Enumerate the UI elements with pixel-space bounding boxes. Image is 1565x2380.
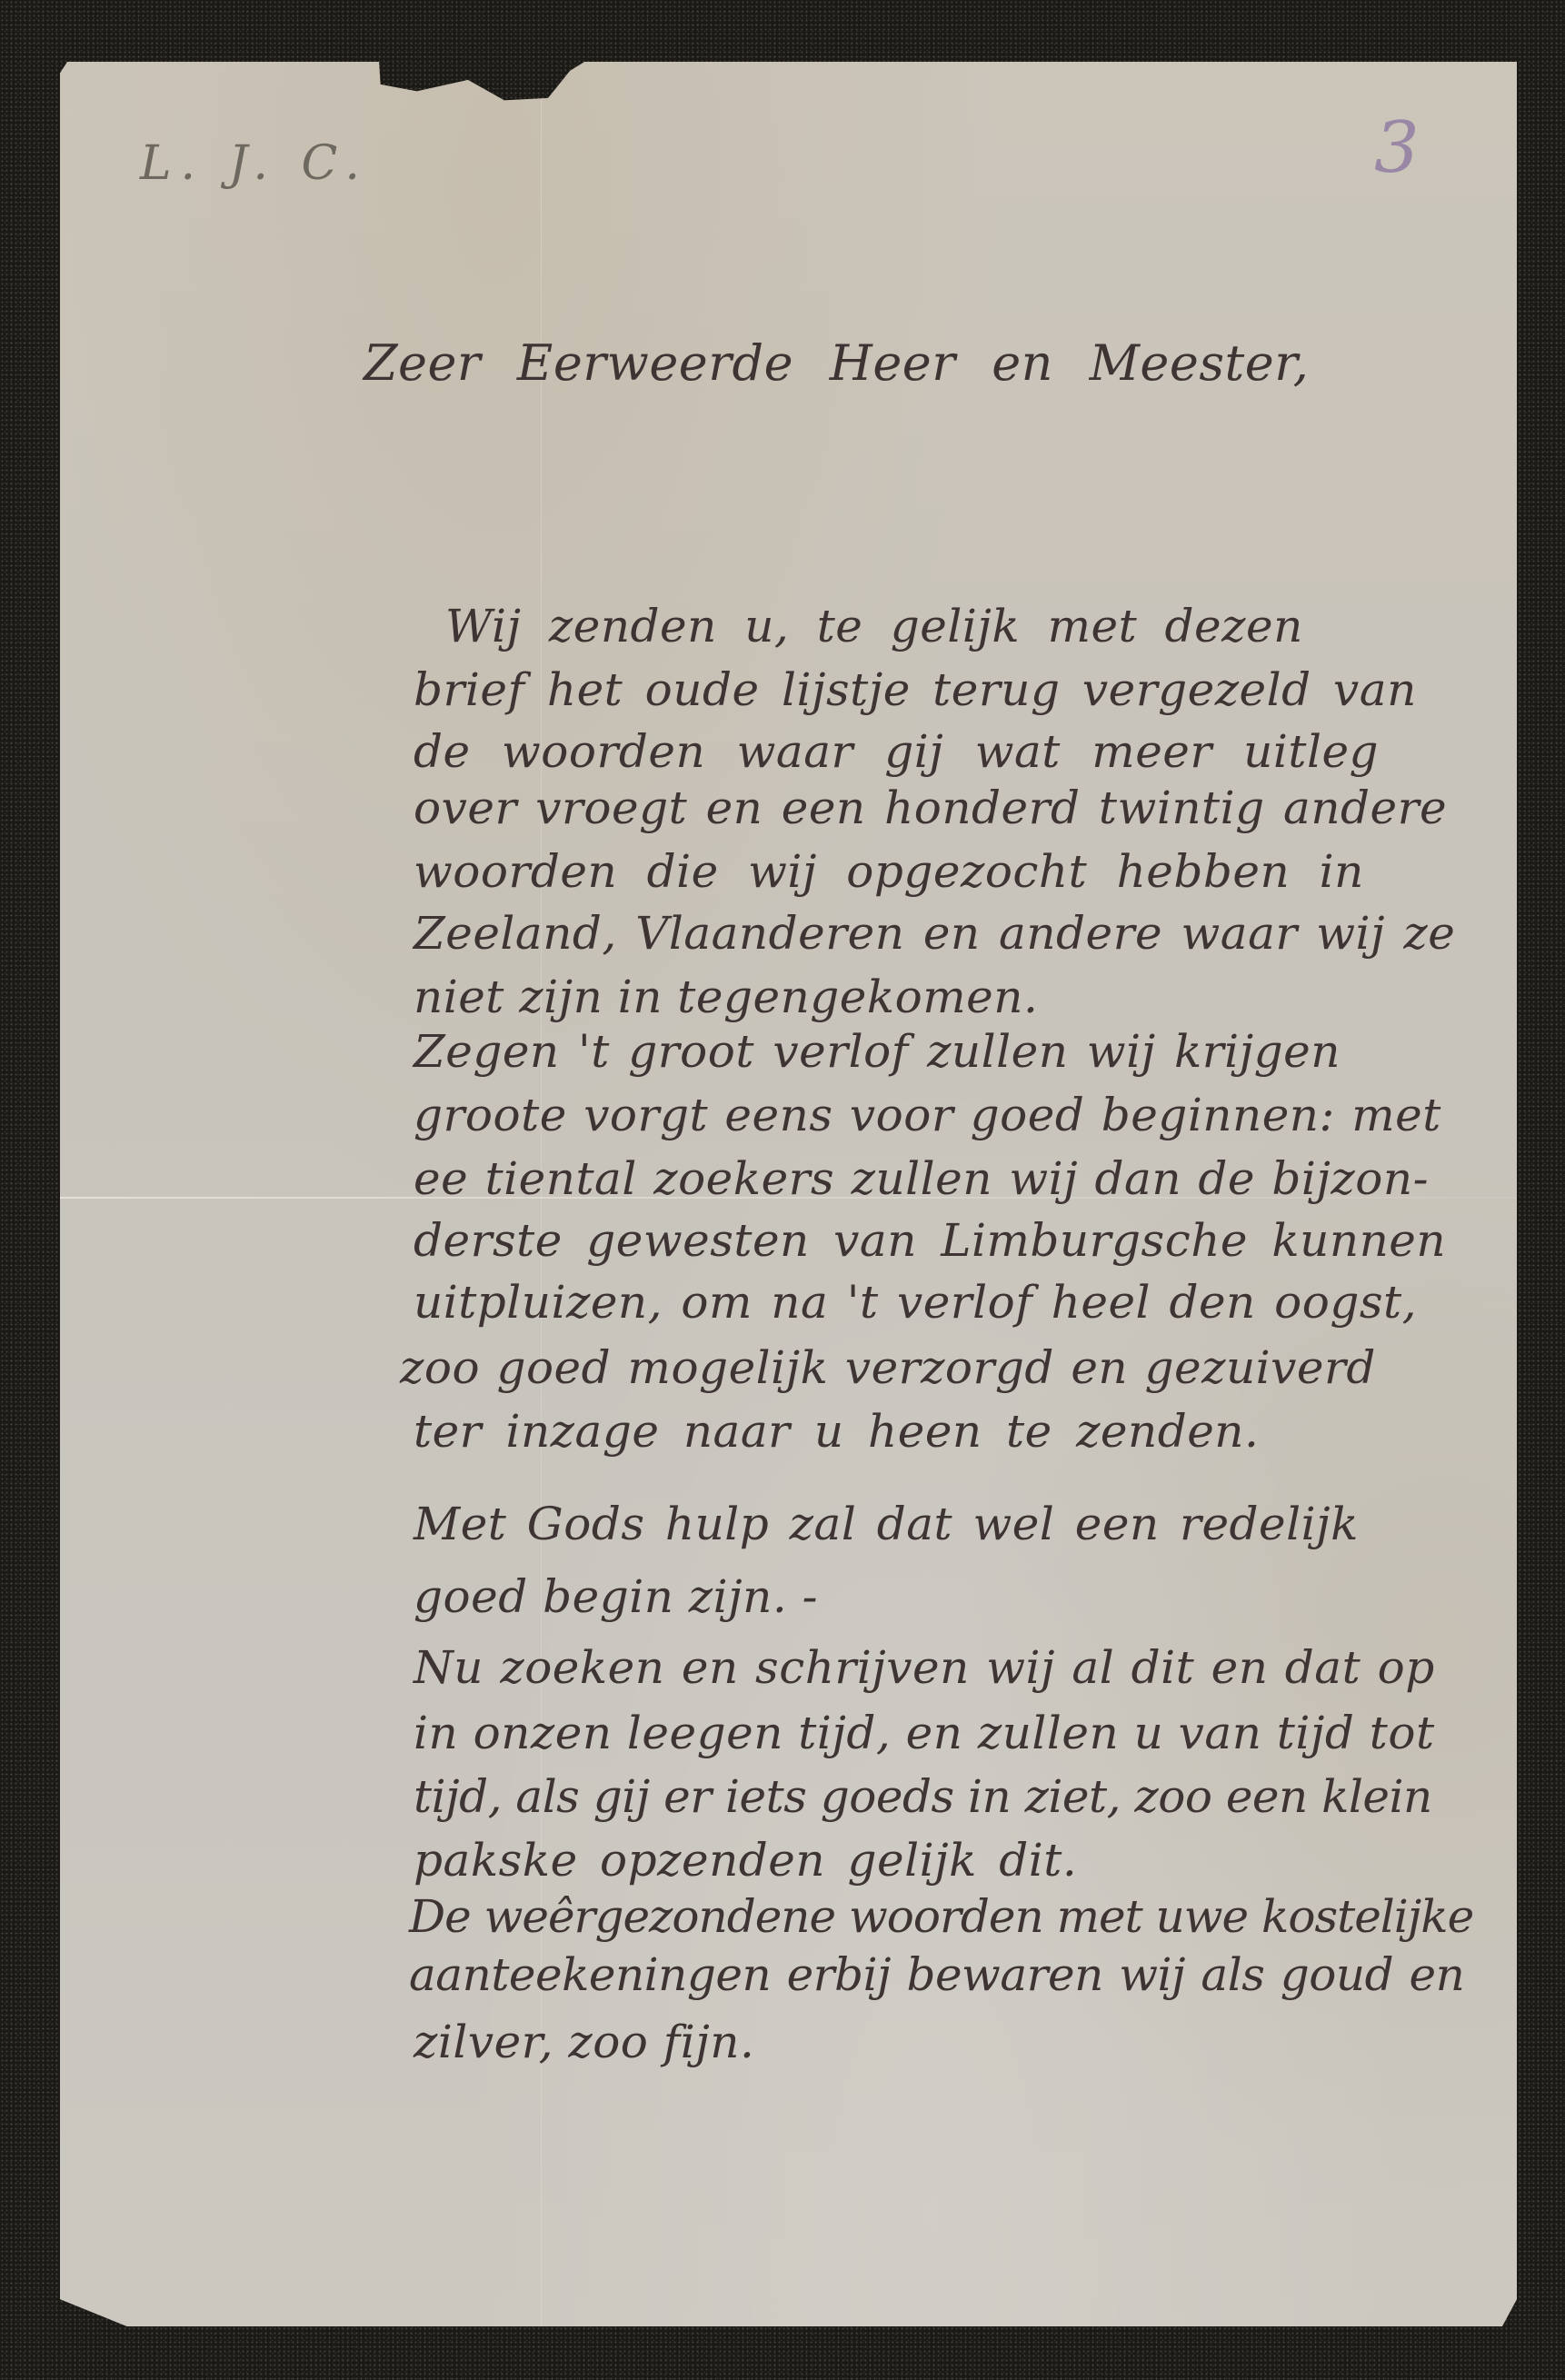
letter-line: niet zijn in tegengekomen. — [414, 971, 1038, 1023]
letter-line: aanteekeningen erbij bewaren wij als gou… — [409, 1948, 1464, 2001]
letter-line: over vroegt en een honderd twintig ander… — [414, 782, 1447, 834]
archive-pencil-annotation: L. J. C. — [140, 136, 369, 191]
folio-number: 3 — [1374, 107, 1420, 189]
letter-line: Zeeland, Vlaanderen en andere waar wij z… — [414, 907, 1455, 960]
letter-line: groote vorgt eens voor goed beginnen: me… — [414, 1089, 1441, 1141]
letter-line: goed begin zijn. - — [414, 1570, 818, 1623]
letter-line: uitpluizen, om na 't verlof heel den oog… — [414, 1276, 1417, 1329]
letter-line: Nu zoeken en schrijven wij al dit en dat… — [414, 1641, 1435, 1694]
letter-line: in onzen leegen tijd, en zullen u van ti… — [414, 1707, 1435, 1759]
letter-line: De weêrgezondene woorden met uwe kosteli… — [409, 1890, 1473, 1943]
letter-line: woorden die wij opgezocht hebben in — [414, 845, 1364, 898]
letter-line: Wij zenden u, te gelijk met dezen — [445, 600, 1303, 652]
letter-line: de woorden waar gij wat meer uitleg — [414, 725, 1379, 778]
letter-salutation: Zeer Eerweerde Heer en Meester, — [364, 334, 1309, 392]
letter-line: zilver, zoo fijn. — [414, 2016, 754, 2068]
letter-page: L. J. C. 3 Zeer Eerweerde Heer en Meeste… — [60, 62, 1517, 2326]
letter-line: ter inzage naar u heen te zenden. — [414, 1405, 1259, 1458]
letter-line: ee tiental zoekers zullen wij dan de bij… — [414, 1152, 1429, 1205]
letter-line: derste gewesten van Limburgsche kunnen — [414, 1214, 1446, 1267]
letter-line: pakske opzenden gelijk dit. — [414, 1834, 1077, 1887]
letter-line: zoo goed mogelijk verzorgd en gezuiverd — [400, 1341, 1376, 1394]
letter-line: Met Gods hulp zal dat wel een redelijk — [414, 1498, 1359, 1550]
letter-line: tijd, als gij er iets goeds in ziet, zoo… — [414, 1770, 1432, 1823]
letter-line: Zegen 't groot verlof zullen wij krijgen — [414, 1025, 1341, 1078]
letter-line: brief het oude lijstje terug vergezeld v… — [414, 663, 1417, 716]
